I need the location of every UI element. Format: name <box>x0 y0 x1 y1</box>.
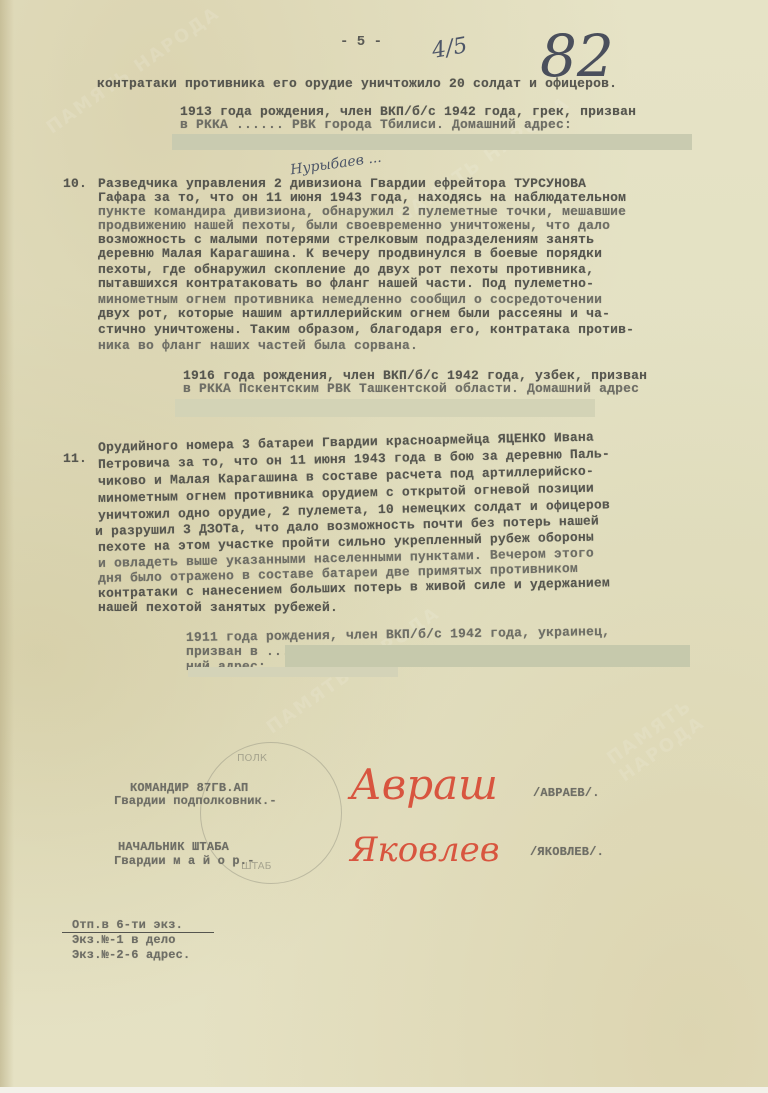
page-bottom-edge <box>0 1087 768 1093</box>
entry-10-line: двух рот, которые нашим артиллерийским о… <box>98 306 610 321</box>
handwritten-note: Нурыбаев ... <box>289 150 382 179</box>
signatory-1-name: /АВРАЕВ/. <box>533 786 600 801</box>
signatory-2-title: НАЧАЛЬНИК ШТАБА <box>118 840 229 855</box>
entry-10-line: пытавшихся контратаковать во фланг нашей… <box>98 276 594 291</box>
entry-10-line: деревню Малая Карагашина. К вечеру продв… <box>98 246 602 261</box>
copy-distribution: Экз.№-2-6 адрес. <box>72 948 190 963</box>
entry-9-bio-line: в РККА ...... РВК города Тбилиси. Домашн… <box>180 117 572 132</box>
redacted-address <box>285 645 690 667</box>
page-number: - 5 - <box>340 34 382 50</box>
signatory-1-rank: Гвардии подполковник.- <box>114 794 277 809</box>
entry-10-line: Гафара за то, что он 11 июня 1943 года, … <box>98 190 626 205</box>
watermark: ПАМЯТЬ НАРОДА <box>603 656 765 787</box>
page-edge-shadow <box>0 0 14 1093</box>
entry-10-line: Разведчика управления 2 дивизиона Гварди… <box>98 176 586 191</box>
entry-10-bio-line: в РККА Пскентским РВК Ташкентской област… <box>183 381 639 396</box>
continuation-line: контратаки противника его орудие уничтож… <box>97 76 617 91</box>
entry-10-line: минометным огнем противника немедленно с… <box>98 292 602 307</box>
copy-distribution: Экз.№-1 в дело <box>72 933 176 948</box>
entry-11-bio-line: 1911 года рождения, член ВКП/б/с 1942 го… <box>186 624 610 645</box>
scanned-document-page: ПАМЯТЬ НАРОДА ПАМЯТЬ НАРОДА ПАМЯТЬ НАРОД… <box>0 0 768 1093</box>
entry-10-line: пункте командира дивизиона, обнаружил 2 … <box>98 204 626 219</box>
copies-note: Отп.в 6-ти экз. <box>72 918 183 933</box>
signatory-2-rank: Гвардии м а й о р.- <box>114 854 255 869</box>
handwritten-fraction: 4/5 <box>430 33 469 64</box>
entry-11-line: нашей пехотой занятых рубежей. <box>98 600 338 615</box>
redacted-address <box>172 134 692 150</box>
entry-number: 10. <box>63 176 87 191</box>
entry-10-line: возможность с малыми потерями стрелковым… <box>98 232 594 247</box>
signature-2: Яковлев <box>350 830 500 870</box>
redacted-address <box>188 667 398 677</box>
entry-10-line: продвижению нашей пехоты, были своевреме… <box>98 218 610 233</box>
entry-10-line: ника во фланг наших частей была сорвана. <box>98 338 418 353</box>
signatory-2-name: /ЯКОВЛЕВ/. <box>530 845 604 860</box>
redacted-address <box>175 399 595 417</box>
entry-10-line: стично уничтожены. Таким образом, благод… <box>98 322 634 337</box>
entry-number: 11. <box>63 451 87 466</box>
entry-10-line: пехоты, где обнаружил скопление до двух … <box>98 262 594 277</box>
signature-1: Авраш <box>350 760 498 809</box>
